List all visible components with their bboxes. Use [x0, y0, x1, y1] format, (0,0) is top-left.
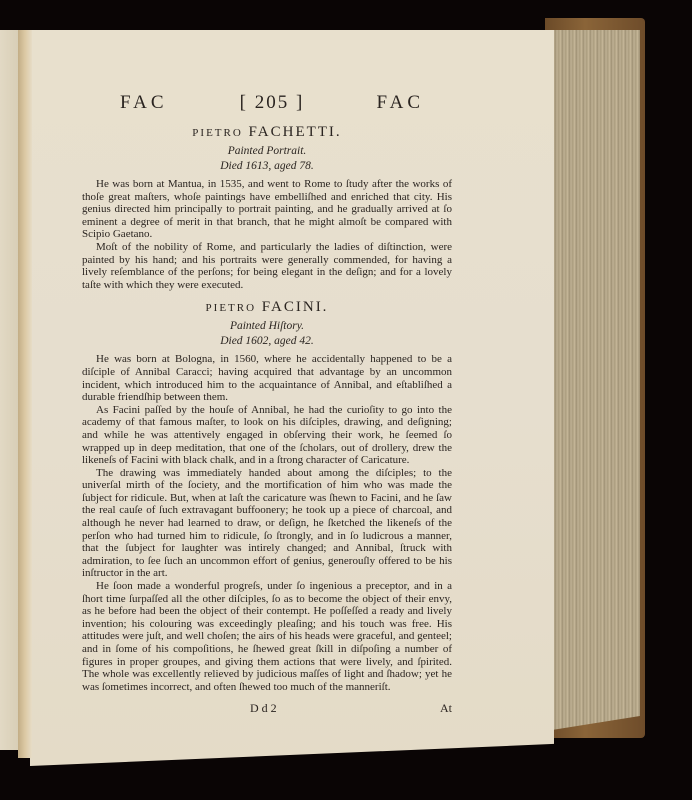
catchword: At — [440, 701, 452, 716]
paragraph: The drawing was immediately handed about… — [82, 467, 452, 580]
running-head: FAC [ 205 ] FAC — [82, 92, 452, 114]
entry-title: Pietro FACHETTI. — [82, 124, 452, 141]
page-gutter — [18, 30, 32, 758]
entry-died: Died 1613, aged 78. — [82, 160, 452, 172]
paragraph: He was born at Bologna, in 1560, where h… — [82, 353, 452, 403]
page-number: [ 205 ] — [240, 92, 305, 114]
page-footer: D d 2 At — [82, 701, 452, 716]
page-content: FAC [ 205 ] FAC Pietro FACHETTI. Painted… — [82, 92, 452, 716]
entry-first-name: Pietro — [192, 127, 243, 139]
entry-first-name: Pietro — [206, 302, 257, 314]
paragraph: He was born at Mantua, in 1535, and went… — [82, 178, 452, 241]
paragraph: As Facini paſſed by the houſe of Annibal… — [82, 404, 452, 467]
entry-title: Pietro FACINI. — [82, 299, 452, 316]
paragraph: He ſoon made a wonderful progreſs, under… — [82, 580, 452, 693]
signature-mark: D d 2 — [250, 701, 277, 716]
entry-category: Painted Hiſtory. — [82, 320, 452, 332]
running-head-right: FAC — [376, 92, 424, 114]
entry-fachetti: Pietro FACHETTI. Painted Portrait. Died … — [82, 124, 452, 291]
entry-last-name: FACINI. — [262, 299, 329, 315]
running-head-left: FAC — [120, 92, 168, 114]
entry-last-name: FACHETTI. — [249, 124, 342, 140]
entry-category: Painted Portrait. — [82, 145, 452, 157]
paragraph: Moſt of the nobility of Rome, and partic… — [82, 241, 452, 291]
entry-facini: Pietro FACINI. Painted Hiſtory. Died 160… — [82, 299, 452, 693]
page-fore-edge — [552, 30, 640, 730]
entry-died: Died 1602, aged 42. — [82, 335, 452, 347]
